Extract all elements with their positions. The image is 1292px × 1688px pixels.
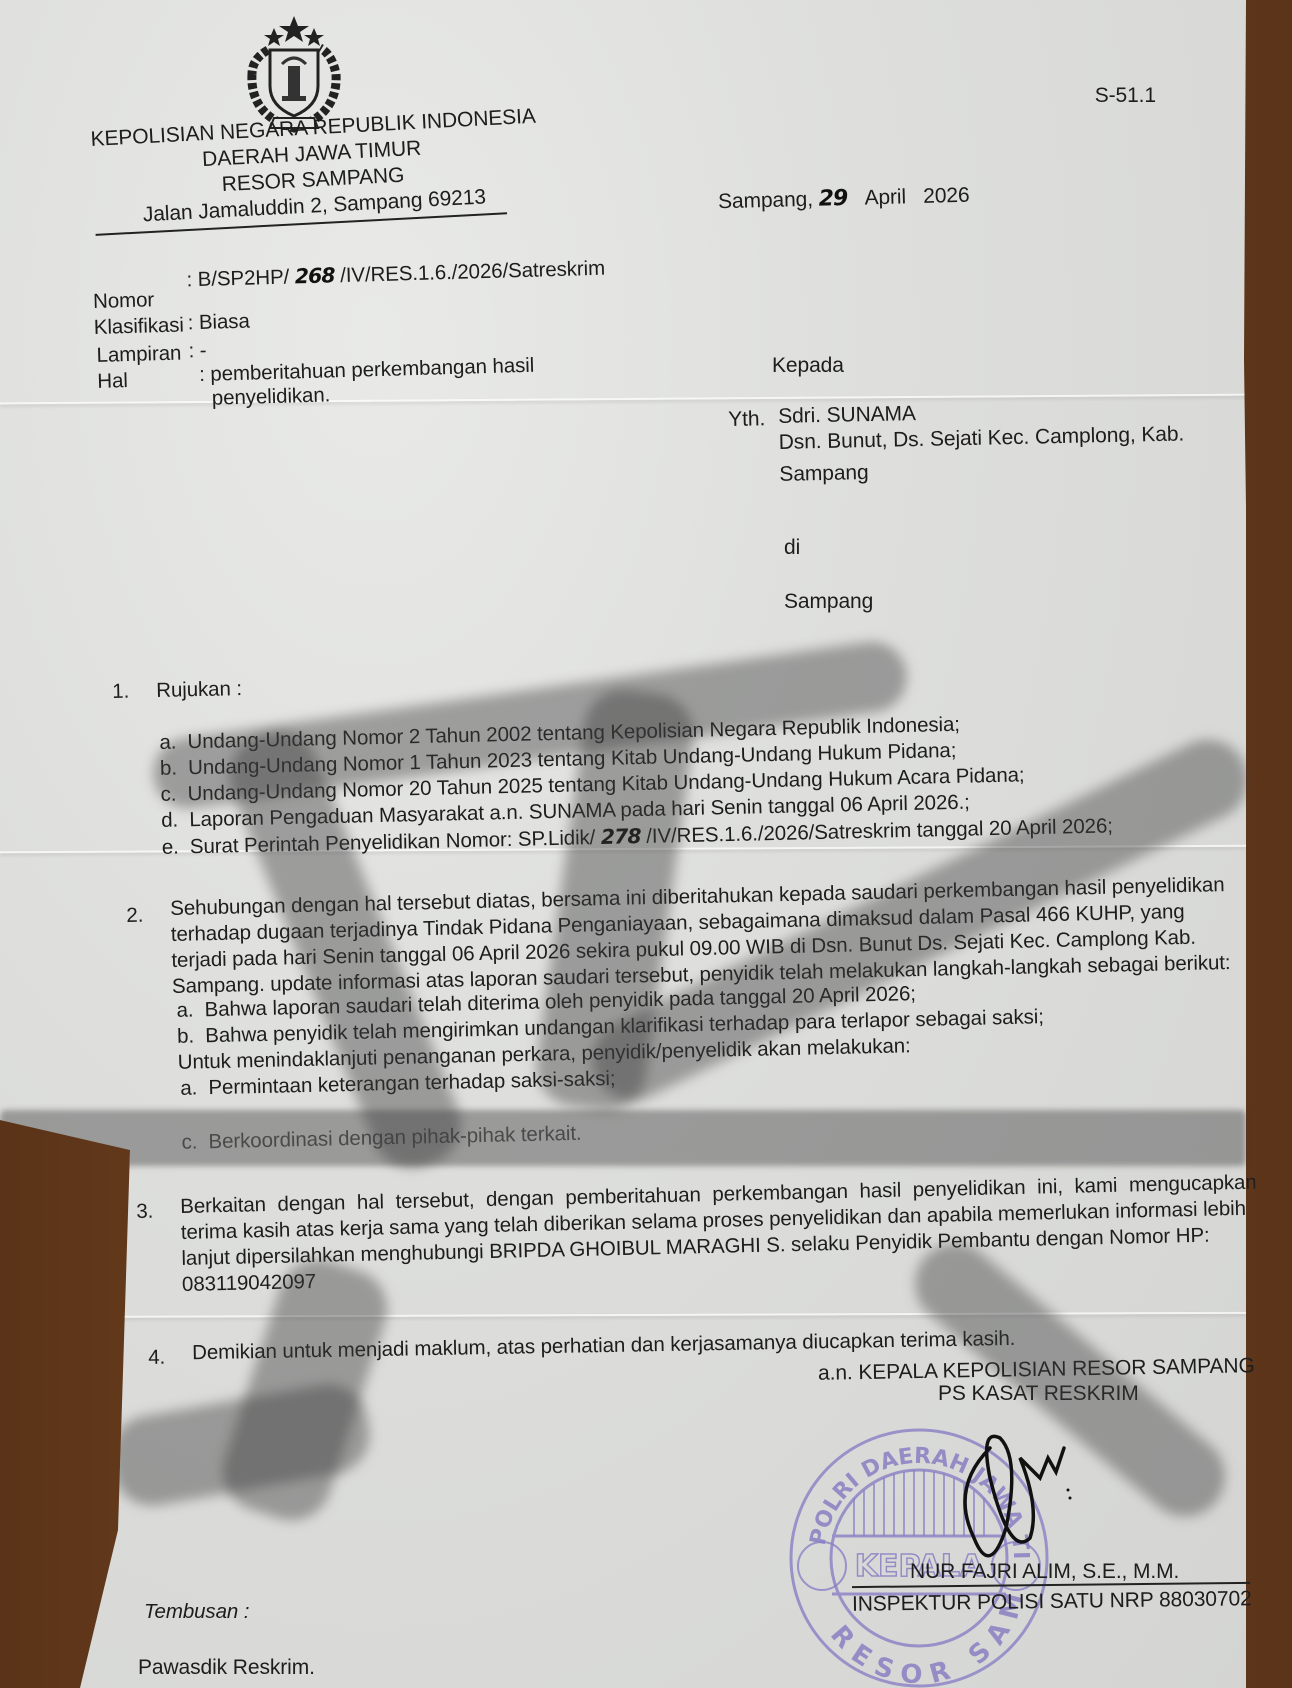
meta-value-hal: : pemberitahuan perkembangan hasil <box>199 354 535 387</box>
meta-value-lampiran: : - <box>188 339 207 363</box>
date-year: 2026 <box>923 184 970 208</box>
date-day-handwritten: 29 <box>818 186 847 212</box>
form-code: S-51.1 <box>1095 84 1156 108</box>
recipient-kepada: Kepada <box>772 354 844 378</box>
meta-value-nomor: : B/SP2HP/ 268 /IV/RES.1.6./2026/Satresk… <box>186 256 605 293</box>
nomor-handwritten: 268 <box>294 263 334 288</box>
meta-value-hal-line2: penyelidikan. <box>212 383 331 410</box>
letter-meta: Nomor : B/SP2HP/ 268 /IV/RES.1.6./2026/S… <box>92 262 93 286</box>
recipient-name: Sdri. SUNAMA <box>778 402 916 429</box>
recipient-address-line2: Sampang <box>779 461 869 487</box>
fold-crease <box>0 394 1246 405</box>
recipient-yth: Yth. <box>728 407 765 432</box>
date-place: Sampang, <box>718 188 814 213</box>
fold-crease <box>0 1312 1246 1318</box>
cc-title: Tembusan : <box>144 1600 249 1624</box>
section1-number: 1. <box>112 680 129 704</box>
section4-number: 4. <box>148 1346 165 1370</box>
signatory-rank-nrp: INSPEKTUR POLISI SATU NRP 88030702 <box>852 1587 1252 1617</box>
meta-label-nomor: Nomor <box>93 288 155 314</box>
date-month: April <box>864 185 906 209</box>
recipient-di: di <box>784 536 800 560</box>
place-date: Sampang, 29 April 2026 <box>718 183 970 215</box>
section3-number: 3. <box>136 1200 153 1224</box>
meta-label-hal: Hal <box>97 369 128 394</box>
cc-recipient: Pawasdik Reskrim. <box>138 1656 315 1680</box>
meta-value-klasifikasi: : Biasa <box>187 310 250 336</box>
letter-paper: S-51.1 KEPOLISIAN NEGARA REPUBLIK INDONE… <box>0 0 1246 1688</box>
letterhead: KEPOLISIAN NEGARA REPUBLIK INDONESIA DAE… <box>90 105 535 230</box>
stamp-crest-icon <box>798 1542 846 1590</box>
shadow-overlay <box>0 1110 1246 1166</box>
recipient-city: Sampang <box>784 590 873 614</box>
section1-title: Rujukan : <box>156 677 242 703</box>
meta-label-klasifikasi: Klasifikasi <box>94 313 185 340</box>
signatory-name: NUR FAJRI ALIM, S.E., M.M. <box>910 1560 1179 1584</box>
handwritten-signature <box>960 1418 1080 1578</box>
meta-label-lampiran: Lampiran <box>96 342 181 368</box>
section2-number: 2. <box>126 904 143 928</box>
